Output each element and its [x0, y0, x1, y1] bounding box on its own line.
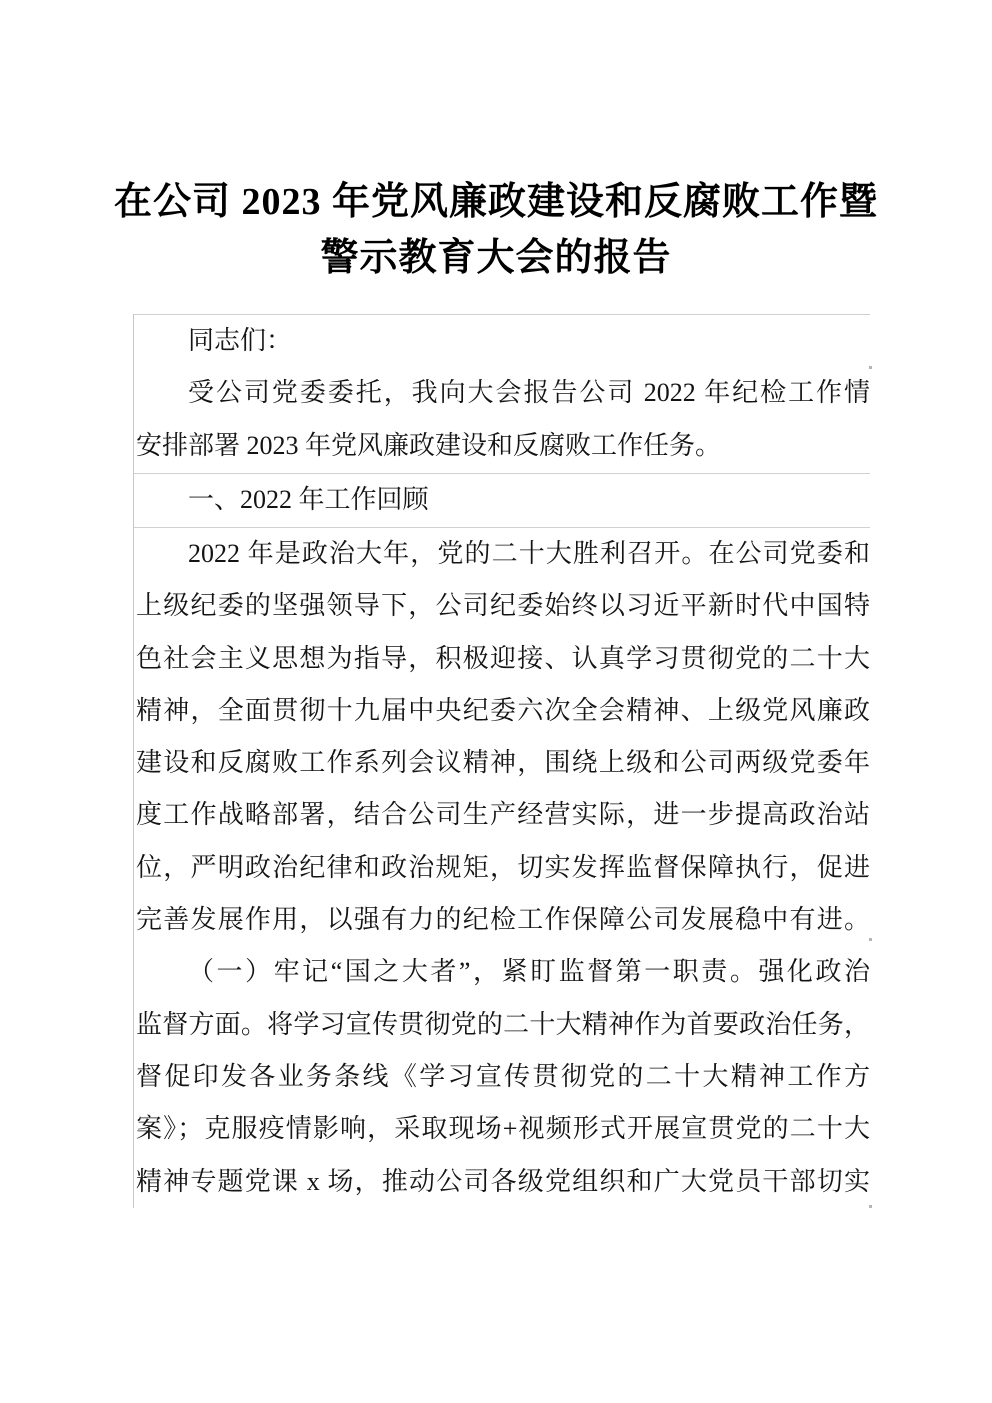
text-line: 精神，全面贯彻十九届中央纪委六次全会精神、上级党风廉政 [134, 685, 870, 737]
title-line-1: 在公司 2023 年党风廉政建设和反腐败工作暨 [96, 174, 896, 230]
document-page: 在公司 2023 年党风廉政建设和反腐败工作暨 警示教育大会的报告 同志们：受公… [0, 0, 992, 1403]
text-line: 案》；克服疫情影响，采取现场+视频形式开展宣贯党的二十大 [134, 1103, 870, 1155]
border-artifact-dot [869, 366, 872, 369]
content-area: 同志们：受公司党委委托，我向大会报告公司 2022 年纪检工作情况，安排部署 2… [133, 314, 870, 1208]
section-salutation-and-intro: 同志们：受公司党委委托，我向大会报告公司 2022 年纪检工作情况，安排部署 2… [134, 315, 870, 474]
section-heading-2022-review: 一、2022 年工作回顾 [134, 474, 870, 528]
text-line: 完善发展作用，以强有力的纪检工作保障公司发展稳中有进。 [134, 894, 870, 946]
document-title: 在公司 2023 年党风廉政建设和反腐败工作暨 警示教育大会的报告 [96, 174, 896, 286]
border-artifact-dot [869, 1205, 872, 1208]
text-line: （一）牢记“国之大者”，紧盯监督第一职责。强化政治 [134, 946, 870, 998]
text-line: 受公司党委委托，我向大会报告公司 2022 年纪检工作情况， [134, 367, 870, 419]
text-line: 色社会主义思想为指导，积极迎接、认真学习贯彻党的二十大 [134, 633, 870, 685]
text-line: 安排部署 2023 年党风廉政建设和反腐败工作任务。 [134, 420, 870, 472]
border-artifact-dot [869, 938, 872, 941]
text-line: 监督方面。将学习宣传贯彻党的二十大精神作为首要政治任务， [134, 999, 870, 1051]
title-line-2: 警示教育大会的报告 [96, 230, 896, 286]
text-line: 上级纪委的坚强领导下，公司纪委始终以习近平新时代中国特 [134, 580, 870, 632]
section-review-paragraphs: 2022 年是政治大年，党的二十大胜利召开。在公司党委和上级纪委的坚强领导下，公… [134, 528, 870, 1208]
text-line: 位，严明政治纪律和政治规矩，切实发挥监督保障执行，促进 [134, 842, 870, 894]
text-line: 精神专题党课 x 场，推动公司各级党组织和广大党员干部切实 [134, 1156, 870, 1208]
text-line: 度工作战略部署，结合公司生产经营实际，进一步提高政治站 [134, 789, 870, 841]
text-line: 同志们： [134, 315, 870, 367]
text-line: 建设和反腐败工作系列会议精神，围绕上级和公司两级党委年 [134, 737, 870, 789]
text-line: 一、2022 年工作回顾 [134, 474, 870, 526]
text-line: 2022 年是政治大年，党的二十大胜利召开。在公司党委和 [134, 528, 870, 580]
text-line: 督促印发各业务条线《学习宣传贯彻党的二十大精神工作方 [134, 1051, 870, 1103]
